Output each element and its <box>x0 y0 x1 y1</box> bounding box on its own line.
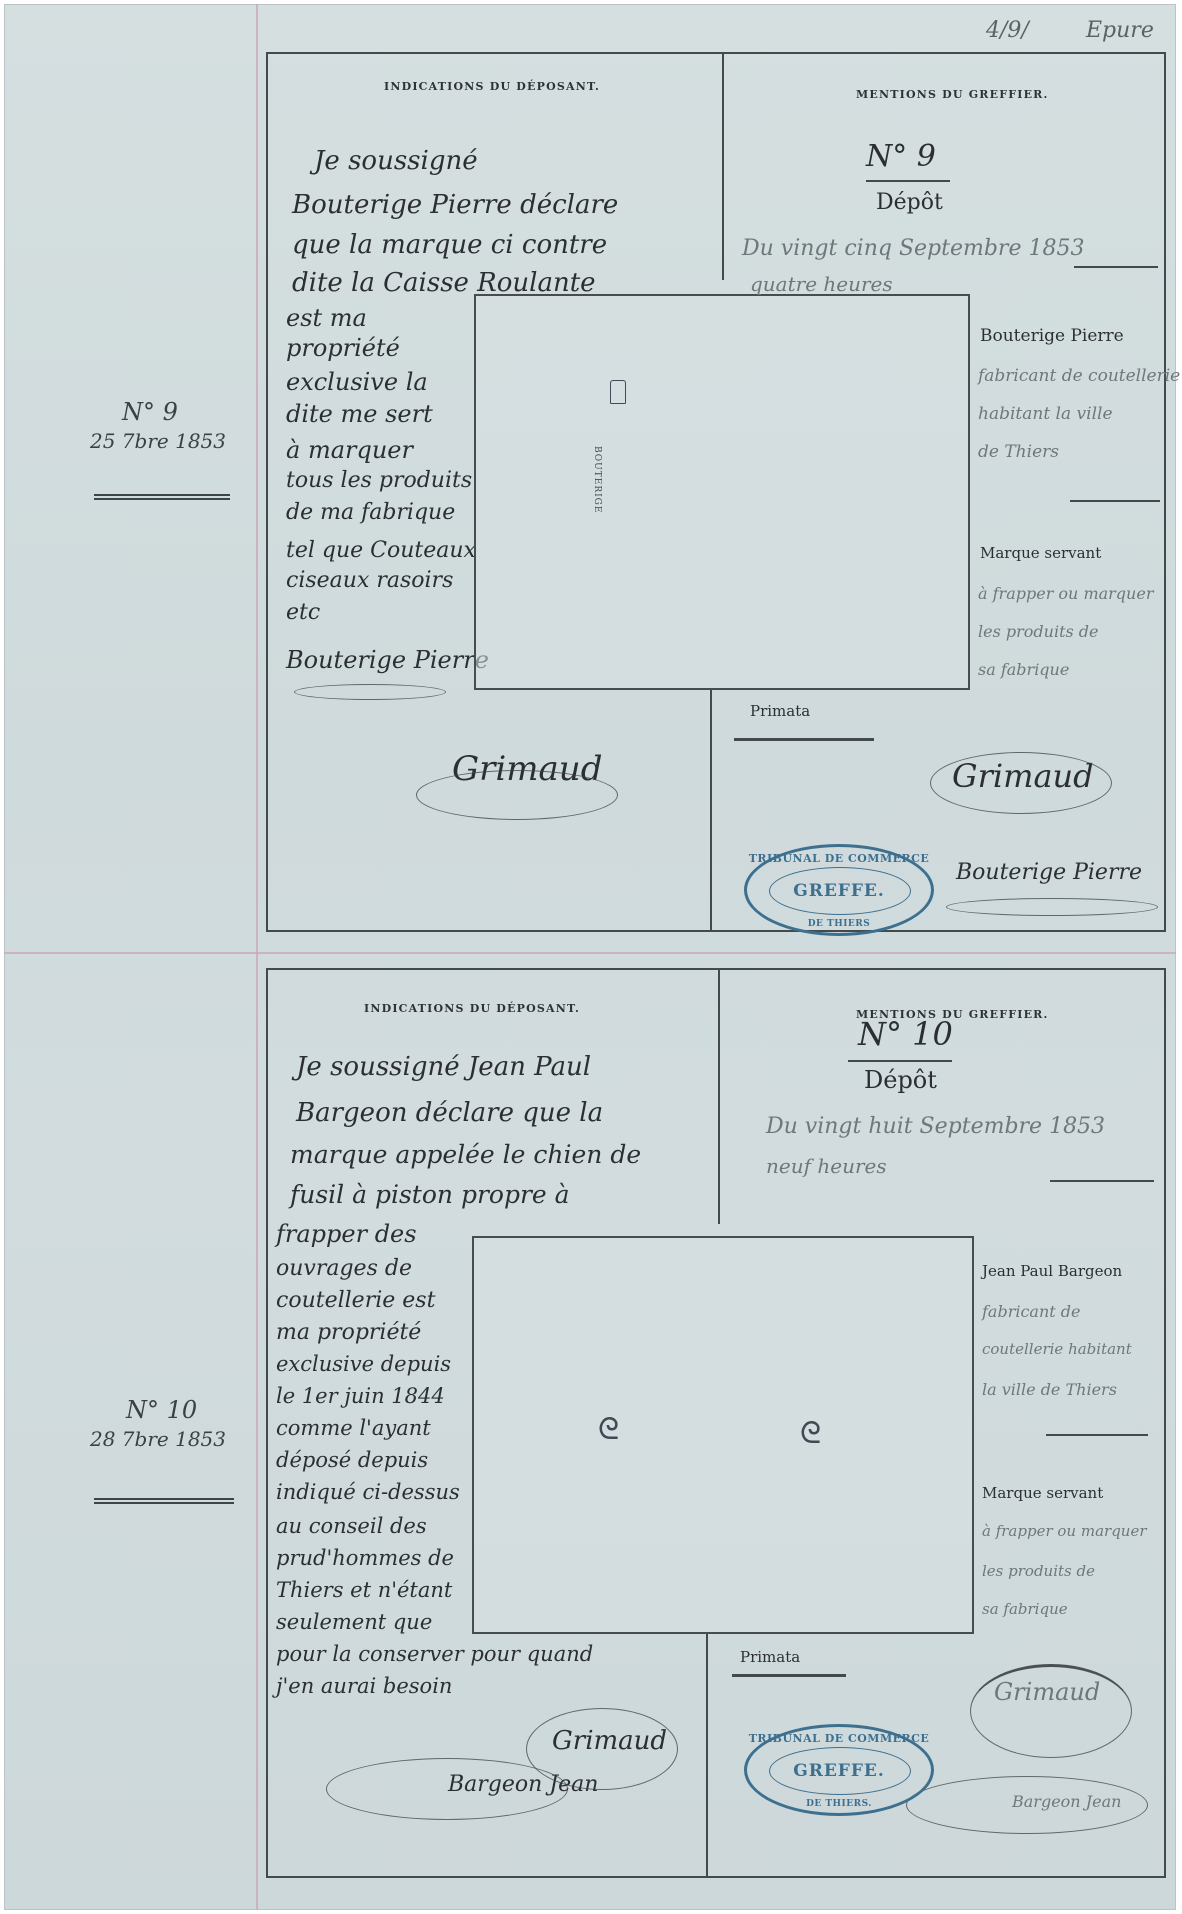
column-divider <box>706 1632 708 1878</box>
signature-flourish <box>946 898 1158 916</box>
declaration-line: marque appelée le chien de <box>290 1142 641 1167</box>
depositor-signature: Bouterige Pierre <box>956 862 1142 884</box>
trademark-box: BOUTERIGE <box>474 294 970 690</box>
declaration-line: prud'hommes de <box>276 1548 454 1569</box>
section-rule <box>1046 1434 1148 1436</box>
greffier-header: MENTIONS DU GREFFIER. <box>856 88 1049 101</box>
margin-rule-double <box>94 494 230 500</box>
declaration-line: Je soussigné <box>314 148 478 174</box>
declaration-line: pour la conserver pour quand <box>276 1644 593 1665</box>
page-divider-rule <box>4 952 1176 954</box>
mark-description: Marque servant <box>980 546 1101 561</box>
deposant-header: INDICATIONS DU DÉPOSANT. <box>384 80 600 93</box>
deposit-time: quatre heures <box>750 274 893 294</box>
register-page: 4/9/ Epure N° 9 25 7bre 1853 INDICATIONS… <box>4 4 1176 1910</box>
declaration-line: au conseil des <box>276 1516 427 1537</box>
margin-rule-double <box>94 1498 234 1504</box>
declaration-line: dite me sert <box>286 402 433 426</box>
mark-description: à frapper ou marquer <box>982 1524 1147 1539</box>
section-rule <box>1070 500 1160 502</box>
owner-name: Jean Paul Bargeon <box>982 1264 1122 1279</box>
declaration-line: frapper des <box>276 1222 417 1246</box>
deposit-entry-9: INDICATIONS DU DÉPOSANT. MENTIONS DU GRE… <box>266 52 1166 932</box>
greffe-stamp: TRIBUNAL DE COMMERCE GREFFE. DE THIERS <box>744 844 934 936</box>
declaration-line: etc <box>286 602 320 624</box>
entry-number: N° 9 <box>866 142 936 172</box>
signature-flourish <box>526 1708 678 1790</box>
trademark-box: ᘓ ᘓ <box>472 1236 974 1634</box>
mark-description: Marque servant <box>982 1486 1103 1501</box>
number-underline <box>866 180 950 182</box>
primata-rule <box>734 738 874 741</box>
margin-rule <box>256 4 258 1910</box>
stamp-top-text: TRIBUNAL DE COMMERCE <box>747 852 931 865</box>
folio-note: 4/9/ <box>986 18 1029 43</box>
depot-label: Dépôt <box>876 192 943 214</box>
declaration-line: coutellerie est <box>276 1290 435 1312</box>
owner-detail: habitant la ville <box>978 406 1113 423</box>
owner-detail: la ville de Thiers <box>982 1382 1117 1398</box>
declaration-line: ciseaux rasoirs <box>286 570 453 592</box>
declaration-line: seulement que <box>276 1612 432 1633</box>
chien-de-fusil-mark-icon: ᘓ <box>800 1416 821 1451</box>
stamp-bottom-text: DE THIERS. <box>747 1799 931 1809</box>
column-divider <box>710 688 712 932</box>
depositor-signature: Bouterige Pierre <box>286 648 489 672</box>
deposant-header: INDICATIONS DU DÉPOSANT. <box>364 1002 580 1015</box>
mark-description: sa fabrique <box>982 1602 1068 1617</box>
owner-detail: coutellerie habitant <box>982 1342 1132 1357</box>
declaration-line: Thiers et n'étant <box>276 1580 452 1601</box>
declaration-line: fusil à piston propre à <box>290 1182 570 1207</box>
section-rule <box>1074 266 1158 268</box>
signature-flourish <box>906 1776 1148 1834</box>
signature-flourish <box>294 684 446 700</box>
mark-description: les produits de <box>978 624 1099 640</box>
declaration-line: que la marque ci contre <box>292 232 607 258</box>
chien-de-fusil-mark-icon: ᘓ <box>598 1412 619 1447</box>
declaration-line: est ma <box>286 306 367 330</box>
greffe-stamp: TRIBUNAL DE COMMERCE GREFFE. DE THIERS. <box>744 1724 934 1816</box>
stamp-top-text: TRIBUNAL DE COMMERCE <box>747 1732 931 1745</box>
owner-name: Bouterige Pierre <box>980 328 1124 345</box>
declaration-line: ma propriété <box>276 1322 421 1344</box>
epure-note: Epure <box>1086 18 1154 43</box>
caisse-roulante-mark-icon <box>610 380 626 404</box>
declaration-line: Bargeon déclare que la <box>296 1100 603 1126</box>
owner-detail: fabricant de coutellerie <box>978 368 1180 385</box>
declaration-line: indiqué ci-dessus <box>276 1482 460 1503</box>
margin-entry-number: N° 9 25 7bre 1853 <box>90 396 226 455</box>
number-underline <box>848 1060 952 1062</box>
signature-flourish <box>970 1664 1132 1758</box>
mark-description: sa fabrique <box>978 662 1069 678</box>
signature-flourish <box>416 770 618 820</box>
deposit-date: Du vingt huit Septembre 1853 <box>766 1116 1105 1138</box>
stamp-bottom-text: DE THIERS <box>747 919 931 929</box>
stamp-center-text: GREFFE. <box>747 881 931 901</box>
declaration-line: le 1er juin 1844 <box>276 1386 445 1407</box>
deposit-date: Du vingt cinq Septembre 1853 <box>742 238 1084 260</box>
margin-entry-number: N° 10 28 7bre 1853 <box>90 1394 226 1453</box>
mark-description: les produits de <box>982 1564 1095 1579</box>
declaration-line: exclusive depuis <box>276 1354 451 1375</box>
declaration-line: exclusive la <box>286 370 428 394</box>
mark-description: à frapper ou marquer <box>978 586 1153 602</box>
declaration-line: ouvrages de <box>276 1258 412 1280</box>
deposit-entry-10: INDICATIONS DU DÉPOSANT. MENTIONS DU GRE… <box>266 968 1166 1878</box>
declaration-line: j'en aurai besoin <box>276 1676 452 1697</box>
stamp-center-text: GREFFE. <box>747 1761 931 1781</box>
mark-label: BOUTERIGE <box>592 446 602 513</box>
declaration-line: à marquer <box>286 438 413 462</box>
owner-detail: fabricant de <box>982 1304 1081 1320</box>
declaration-line: tous les produits <box>286 470 472 492</box>
primata-label: Primata <box>740 1650 800 1665</box>
primata-label: Primata <box>750 704 810 719</box>
declaration-line: de ma fabrique <box>286 502 455 524</box>
signature-flourish <box>930 752 1112 814</box>
declaration-line: propriété <box>286 336 400 360</box>
declaration-line: Bouterige Pierre déclare <box>292 192 618 218</box>
declaration-line: comme l'ayant <box>276 1418 431 1439</box>
declaration-line: Je soussigné Jean Paul <box>296 1054 591 1080</box>
depot-label: Dépôt <box>864 1068 937 1092</box>
declaration-line: tel que Couteaux <box>286 540 476 562</box>
section-rule <box>1050 1180 1154 1182</box>
declaration-line: dite la Caisse Roulante <box>292 270 596 296</box>
entry-number: N° 10 <box>858 1018 953 1050</box>
deposit-time: neuf heures <box>766 1156 887 1176</box>
column-divider <box>718 968 720 1224</box>
primata-rule <box>732 1674 846 1677</box>
column-divider <box>722 52 724 280</box>
owner-detail: de Thiers <box>978 444 1059 461</box>
declaration-line: déposé depuis <box>276 1450 428 1471</box>
